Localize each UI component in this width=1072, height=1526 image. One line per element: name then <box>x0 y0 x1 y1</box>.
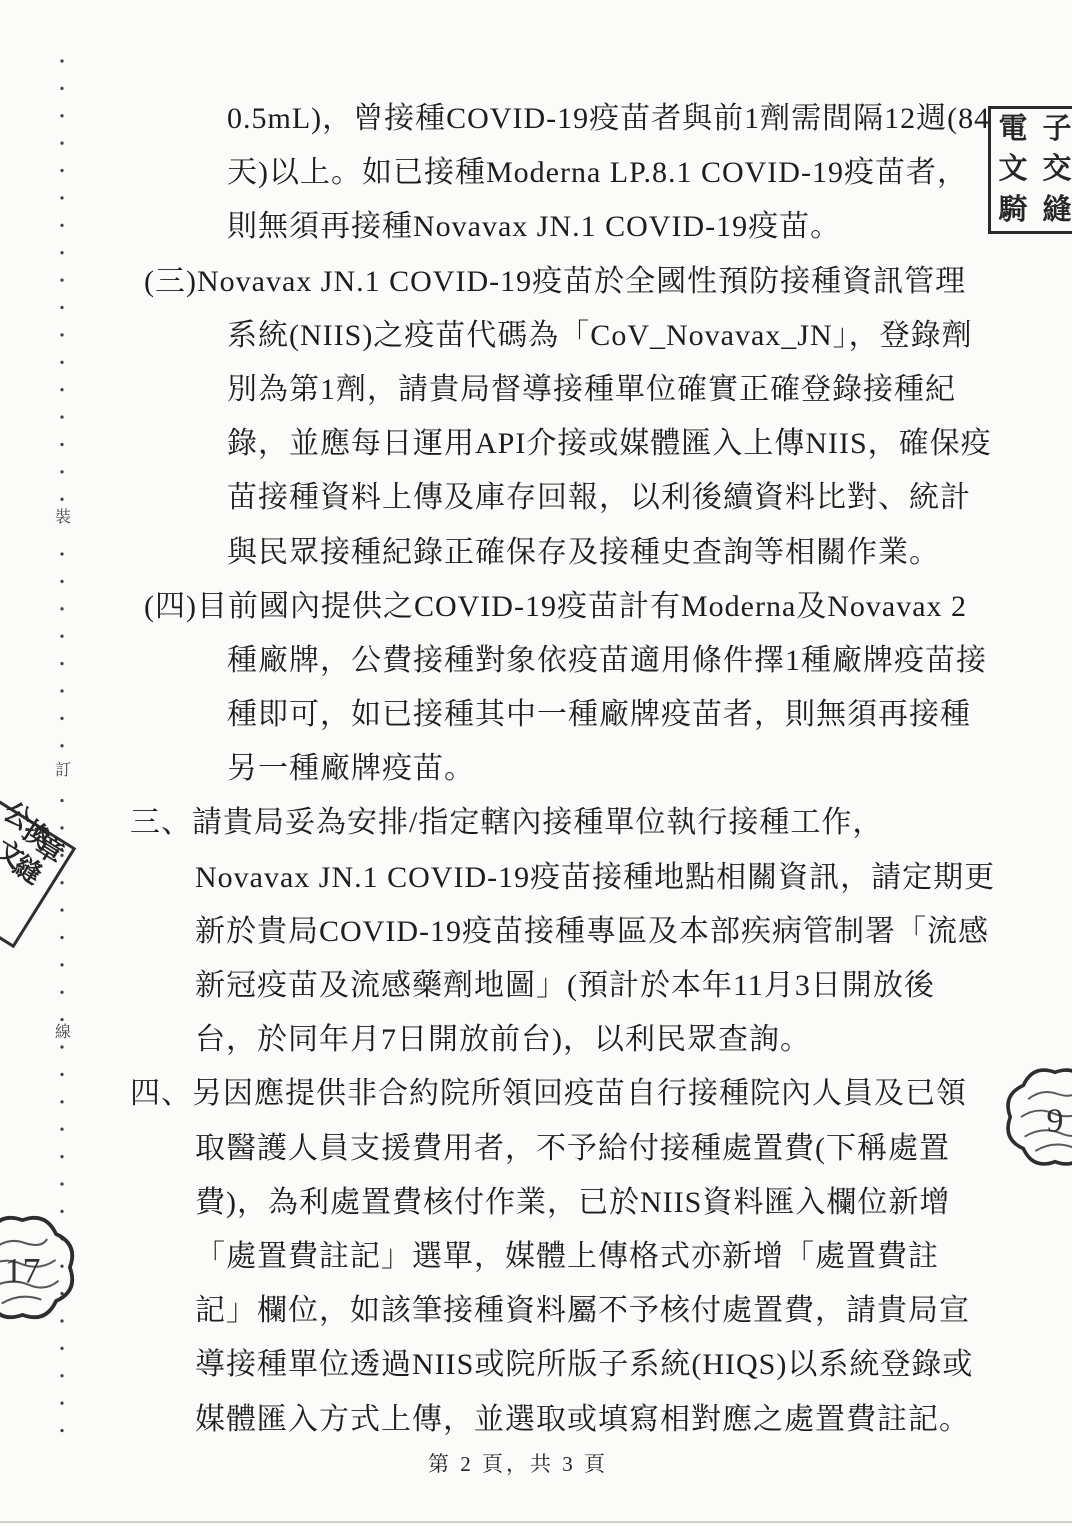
stamp-character: 縫 <box>1042 196 1071 225</box>
text-line: 媒體匯入方式上傳，並選取或填寫相對應之處置費註記。 <box>0 1393 1072 1447</box>
text-line: 四、另因應提供非合約院所領回疫苗自行接種院內人員及已領 <box>0 1067 1072 1121</box>
text-line: 苗接種資料上傳及庫存回報，以利後續資料比對、統計 <box>0 471 1072 525</box>
text-line: Novavax JN.1 COVID-19疫苗接種地點相關資訊，請定期更 <box>0 851 1072 905</box>
text-line: 費)，為利處置費核付作業，已於NIIS資料匯入欄位新增 <box>0 1176 1072 1230</box>
text-line: 「處置費註記」選單，媒體上傳格式亦新增「處置費註 <box>0 1230 1072 1284</box>
perforation-seal-right: 9 <box>996 1058 1072 1176</box>
text-line: 導接種單位透過NIIS或院所版子系統(HIQS)以系統登錄或 <box>0 1338 1072 1392</box>
text-line: 則無須再接種Novavax JN.1 COVID-19疫苗。 <box>0 200 1072 254</box>
stamp-character: 子 <box>1042 115 1071 144</box>
text-line: 錄，並應每日運用API介接或媒體匯入上傳NIIS，確保疫 <box>0 417 1072 471</box>
text-line: 台，於同年月7日開放前台)，以利民眾查詢。 <box>0 1013 1072 1067</box>
text-line: 新冠疫苗及流感藥劑地圖」(預計於本年11月3日開放後 <box>0 959 1072 1013</box>
scan-bottom-edge <box>0 1521 1072 1523</box>
seal-number: 9 <box>1047 1102 1064 1139</box>
text-line: 種廠牌，公費接種對象依疫苗適用條件擇1種廠牌疫苗接 <box>0 634 1072 688</box>
document-page: { "page": { "footer": "第 2 頁，共 3 頁" }, "… <box>0 0 1072 1526</box>
text-line: (四)目前國內提供之COVID-19疫苗計有Moderna及Novavax 2 <box>0 580 1072 634</box>
text-line: 種即可，如已接種其中一種廠牌疫苗者，則無須再接種 <box>0 688 1072 742</box>
stamp-character: 交 <box>1042 155 1071 184</box>
text-line: 0.5mL)，曾接種COVID-19疫苗者與前1劑需間隔12週(84 <box>0 92 1072 146</box>
electronic-exchange-stamp: 電子公文交換騎縫章 <box>988 106 1072 234</box>
text-line: 別為第1劑，請貴局督導接種單位確實正確登錄接種紀 <box>0 363 1072 417</box>
text-line: 取醫護人員支援費用者，不予給付接種處置費(下稱處置 <box>0 1122 1072 1176</box>
text-line: 系統(NIIS)之疫苗代碼為「CoV_Novavax_JN」，登錄劑 <box>0 309 1072 363</box>
text-line: 與民眾接種紀錄正確保存及接種史查詢等相關作業。 <box>0 526 1072 580</box>
binding-label-xian: 線 <box>53 1021 73 1045</box>
binding-label-zhuang: 裝 <box>53 506 73 530</box>
document-body-text: 0.5mL)，曾接種COVID-19疫苗者與前1劑需間隔12週(84天)以上。如… <box>0 92 1072 1447</box>
text-line: 天)以上。如已接種Moderna LP.8.1 COVID-19疫苗者， <box>0 146 1072 200</box>
page-number-footer: 第 2 頁，共 3 頁 <box>428 1448 608 1478</box>
text-line: 三、請貴局妥為安排/指定轄內接種單位執行接種工作， <box>0 796 1072 850</box>
seal-number: 17 <box>5 1251 41 1291</box>
text-line: (三)Novavax JN.1 COVID-19疫苗於全國性預防接種資訊管理 <box>0 255 1072 309</box>
perforation-seal-left: 17 <box>0 1205 85 1330</box>
text-line: 記」欄位，如該筆接種資料屬不予核付處置費，請貴局宣 <box>0 1284 1072 1338</box>
stamp-character: 電 <box>998 115 1027 144</box>
binding-label-ding: 訂 <box>53 759 73 783</box>
text-line: 另一種廠牌疫苗。 <box>0 742 1072 796</box>
text-line: 新於貴局COVID-19疫苗接種專區及本部疾病管制署「流感 <box>0 905 1072 959</box>
stamp-character: 文 <box>998 155 1027 184</box>
stamp-character: 騎 <box>998 196 1027 225</box>
